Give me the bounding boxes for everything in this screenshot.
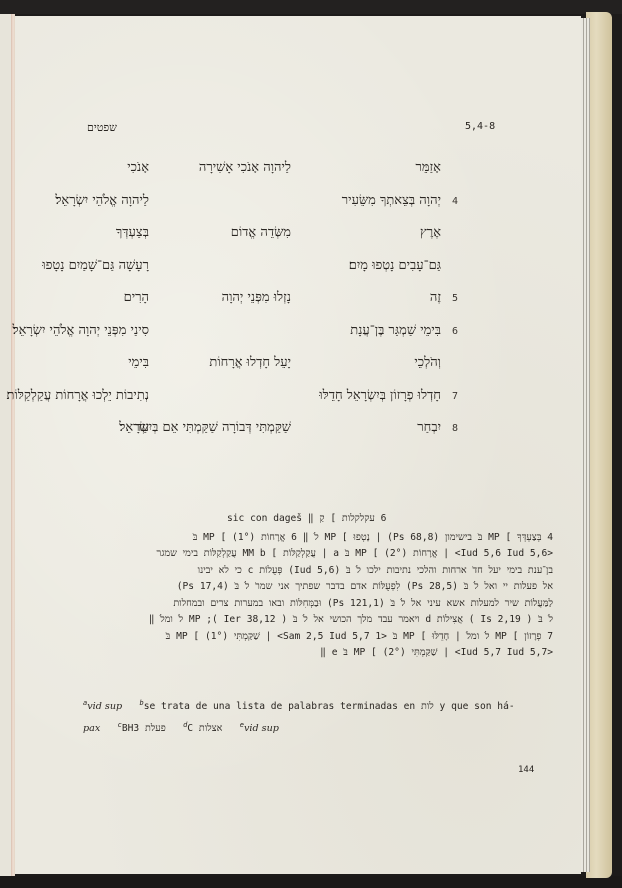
colon-first: בְּצַעְדְּךָ <box>116 224 149 240</box>
colon-last: חָדְלוּ פְרָזוֹן בְּיִשְׂרָאֵל חָדֵלּוּ <box>319 387 441 403</box>
colon-middle: לַיהוָה אָנֹכִי אָשִׁירָה <box>199 159 291 175</box>
colon-middle: יָעֵל חָדְלוּ אֳרָחוֹת <box>209 354 291 370</box>
verse-line: 6סִינַי מִפְּנֵי יְהוָה אֱלֹהֵי יִשְׂרָא… <box>15 322 581 344</box>
apparatus-line: בן־ענת בימי יעל חדֹ ארחות והלכי נתיבות י… <box>83 563 553 580</box>
footnotes: avid sup bse trata de una lista de palab… <box>83 694 553 738</box>
verse-line: בְּצַעְדְּךָמִשְּׂדֵה אֱדוֹםאֶרֶץ <box>15 224 581 246</box>
colon-last: גַּם־עָבִים נָטְפוּ מָיִם׃ <box>349 257 441 273</box>
verse-number: 8 <box>452 423 458 434</box>
footnote-c-text: BH3 <box>122 723 139 734</box>
verse-line: 7נְתִיבוֹת יֵלְכוּ אֳרָחוֹת עֲקַלְקַלּוֹ… <box>15 387 581 409</box>
verse-line: 4לַיהוָה אֱלֹהֵי יִשְׂרָאֵל׃יְהוָה בְּצֵ… <box>15 192 581 214</box>
footnote-line-1: avid sup bse trata de una lista de palab… <box>83 694 553 716</box>
verse-line: רָעָשָׁה גַּם־שָׁמַיִם נָטָפוּגַּם־עָבִי… <box>15 257 581 279</box>
colon-middle: נָזְלוּ מִפְּנֵי יְהוָה <box>222 289 291 305</box>
colon-first: סִינַי מִפְּנֵי יְהוָה אֱלֹהֵי יִשְׂרָאֵ… <box>13 322 149 338</box>
colon-last: זֶה <box>430 289 441 305</box>
verse-line: בִּימֵייָעֵל חָדְלוּ אֳרָחוֹתוְהֹלְכֵי <box>15 354 581 376</box>
footnote-c-hebrew: פעלת <box>145 723 166 734</box>
apparatus-line: לֹ בֹּ ( Is 2,19 ) אֲצִילוֹת d ויאמר עבד… <box>83 612 553 629</box>
footnote-line-2: pax cBH3 פעלת dC אצלות evid sup <box>83 716 553 738</box>
footnote-e-text: vid sup <box>244 723 279 734</box>
colon-last: יְהוָה בְּצֵאתְךָ מִשֵּׂעִיר <box>342 192 441 208</box>
critical-apparatus: 4 בְּצַעְדְּךָ ] MP בֹּ בישימון (Ps 68,8… <box>83 513 553 662</box>
colon-last: בִּימֵי שַׁמְגַּר בֶּן־עֲנָת <box>350 322 441 338</box>
footnote-b-hebrew: לות <box>421 701 434 712</box>
verse-number: 4 <box>452 196 458 207</box>
scan-background-bottom <box>0 876 622 888</box>
verse-number: 5 <box>452 293 458 304</box>
footnote-d-hebrew: אצלות <box>199 723 223 734</box>
colon-first: לַיהוָה אֱלֹהֵי יִשְׂרָאֵל׃ <box>55 192 149 208</box>
footnote-b-text-cont: y que son há- <box>440 701 515 712</box>
colon-first: נְתִיבוֹת יֵלְכוּ אֳרָחוֹת עֲקַלְקַלּוֹת… <box>7 387 149 403</box>
footnote-d-text: C <box>187 723 193 734</box>
running-head-reference: 5,4-8 <box>465 121 495 132</box>
footnote-b-text: se trata de una lista de palabras termin… <box>144 701 415 712</box>
apparatus-line: לַמַּעֲלוֹת שיר למעלות אשא עיני אל לֹ בֹ… <box>83 596 553 613</box>
colon-first: אָנֹכִי <box>127 159 149 175</box>
colon-middle: מִשְּׂדֵה אֱדוֹם <box>231 224 291 240</box>
apparatus-line: 7 פְרָזוֹן ] MP לֹ ומלֹ | חָדֵלּוּ ] MP … <box>83 629 553 646</box>
apparatus-line: <Iud 5,6 Iud 5,6> | אֳרָחוֹת (2°) ] MP ב… <box>83 546 553 563</box>
verse-line: אָנֹכִילַיהוָה אָנֹכִי אָשִׁירָהאָזַמֵּר <box>15 159 581 181</box>
colon-first: רָעָשָׁה גַּם־שָׁמַיִם נָטָפוּ <box>42 257 149 273</box>
footnote-a-text: vid sup <box>87 701 122 712</box>
colon-last: אָזַמֵּר <box>415 159 441 175</box>
colon-last: וְהֹלְכֵי <box>414 354 441 370</box>
colon-middle: שַׁקַּמְתִּי דְּבוֹרָה שַׁקַּמְתִּי אֵם … <box>119 419 291 435</box>
running-head-title: שפטים <box>87 121 117 134</box>
apparatus-line: 4 בְּצַעְדְּךָ ] MP בֹּ בישימון (Ps 68,8… <box>83 530 553 547</box>
colon-first: הָרִים <box>124 289 149 305</box>
colon-first: בִּימֵי <box>128 354 149 370</box>
verse-line: 8עַדשַׁקַּמְתִּי דְּבוֹרָה שַׁקַּמְתִּי … <box>15 419 581 441</box>
apparatus-line: <Iud 5,7 Iud 5,7> | שַׁקַּמְתִּי (2°) ] … <box>83 645 553 662</box>
scan-background-top <box>0 0 622 14</box>
colon-last: יִבְחַר <box>417 419 441 435</box>
verse-line: 5הָרִיםנָזְלוּ מִפְּנֵי יְהוָהזֶה <box>15 289 581 311</box>
apparatus-line: אל פעלות יי ואל לֹ בֹּ (Ps 28,5) לִפְעֻל… <box>83 579 553 596</box>
verse-number: 6 <box>452 326 458 337</box>
book-page: שפטים 5,4-8 אָנֹכִילַיהוָה אָנֹכִי אָשִׁ… <box>15 16 581 874</box>
colon-last: אֶרֶץ <box>420 224 441 240</box>
footnote-b-continuation: pax <box>83 723 100 734</box>
page-number: 144 <box>518 765 534 775</box>
verse-number: 7 <box>452 391 458 402</box>
